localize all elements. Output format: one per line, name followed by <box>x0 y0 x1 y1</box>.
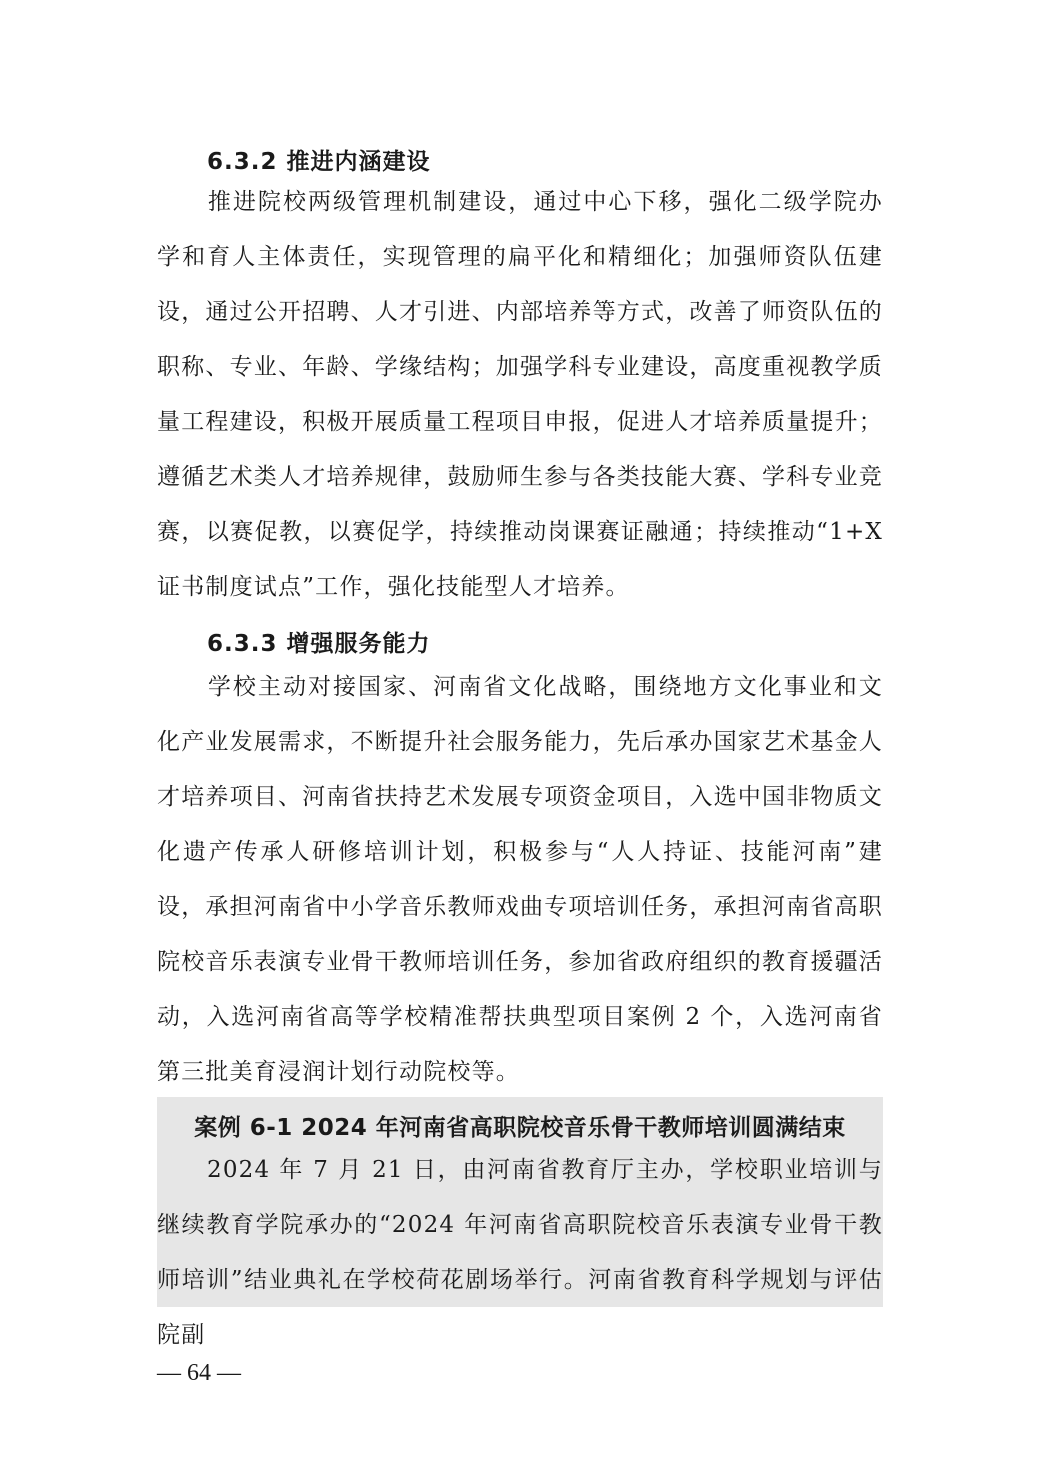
document-page: 6.3.2 推进内涵建设 推进院校两级管理机制建设，通过中心下移，强化二级学院办… <box>0 0 1041 1472</box>
case-study-box: 案例 6-1 2024 年河南省高职院校音乐骨干教师培训圆满结束 2024 年 … <box>157 1097 883 1307</box>
case-study-title: 案例 6-1 2024 年河南省高职院校音乐骨干教师培训圆满结束 <box>157 1109 883 1142</box>
section-paragraph-6-3-2: 推进院校两级管理机制建设，通过中心下移，强化二级学院办学和育人主体责任，实现管理… <box>157 175 883 615</box>
paragraph-text: 2024 年 7 月 21 日，由河南省教育厅主办，学校职业培训与继续教育学院承… <box>157 1157 883 1348</box>
paragraph-text: 学校主动对接国家、河南省文化战略，围绕地方文化事业和文化产业发展需求，不断提升社… <box>157 674 883 1085</box>
paragraph-text: 推进院校两级管理机制建设，通过中心下移，强化二级学院办学和育人主体责任，实现管理… <box>157 189 883 600</box>
section-heading-6-3-3: 6.3.3 增强服务能力 <box>207 625 431 658</box>
section-paragraph-6-3-3: 学校主动对接国家、河南省文化战略，围绕地方文化事业和文化产业发展需求，不断提升社… <box>157 660 883 1100</box>
page-number: — 64 — <box>157 1360 241 1387</box>
section-heading-6-3-2: 6.3.2 推进内涵建设 <box>207 143 431 176</box>
case-study-paragraph: 2024 年 7 月 21 日，由河南省教育厅主办，学校职业培训与继续教育学院承… <box>157 1143 883 1363</box>
